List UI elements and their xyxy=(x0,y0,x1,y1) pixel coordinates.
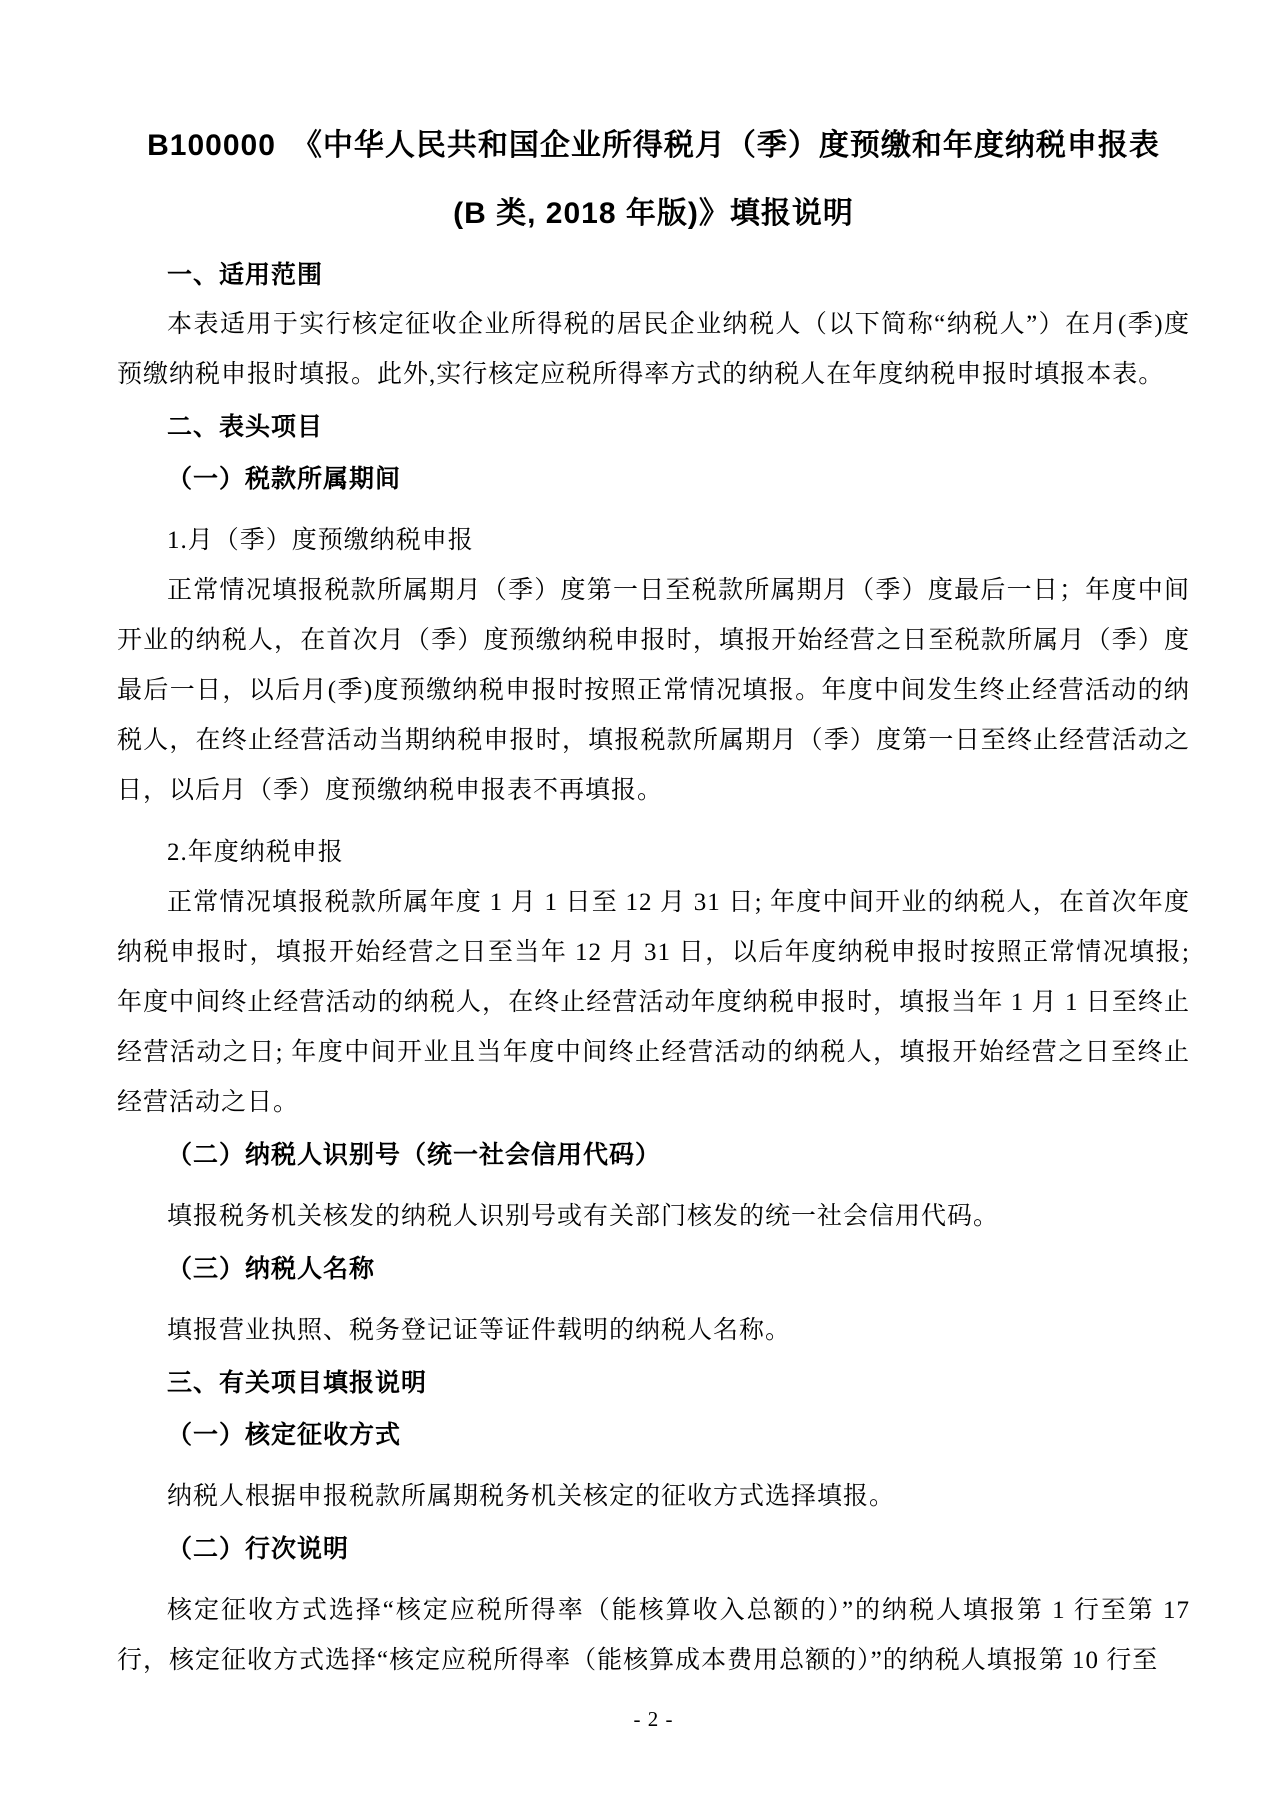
page-number: - 2 - xyxy=(117,1694,1190,1744)
document-title-line-1: B100000 《中华人民共和国企业所得税月（季）度预缴和年度纳税申报表 xyxy=(117,112,1190,180)
section-heading-scope: 一、适用范围 xyxy=(117,250,1190,300)
document-page: B100000 《中华人民共和国企业所得税月（季）度预缴和年度纳税申报表 (B … xyxy=(0,0,1280,1810)
subheading-row-explanation: （二）行次说明 xyxy=(117,1524,1190,1574)
paragraph-row-explanation: 核定征收方式选择“核定应税所得率（能核算收入总额的）”的纳税人填报第 1 行至第… xyxy=(117,1586,1190,1686)
subheading-assessment-method: （一）核定征收方式 xyxy=(117,1410,1190,1460)
document-title-line-2: (B 类, 2018 年版)》填报说明 xyxy=(117,180,1190,248)
subheading-taxpayer-id: （二）纳税人识别号（统一社会信用代码） xyxy=(117,1130,1190,1180)
paragraph-taxpayer-id: 填报税务机关核发的纳税人识别号或有关部门核发的统一社会信用代码。 xyxy=(117,1192,1190,1242)
subheading-taxpayer-name: （三）纳税人名称 xyxy=(117,1244,1190,1294)
numbered-heading-monthly-prepay: 1.月（季）度预缴纳税申报 xyxy=(117,516,1190,566)
paragraph-annual-filing: 正常情况填报税款所属年度 1 月 1 日至 12 月 31 日; 年度中间开业的… xyxy=(117,878,1190,1128)
numbered-heading-annual-filing: 2.年度纳税申报 xyxy=(117,828,1190,878)
paragraph-taxpayer-name: 填报营业执照、税务登记证等证件载明的纳税人名称。 xyxy=(117,1306,1190,1356)
subheading-tax-period: （一）税款所属期间 xyxy=(117,454,1190,504)
paragraph-assessment-method: 纳税人根据申报税款所属期税务机关核定的征收方式选择填报。 xyxy=(117,1472,1190,1522)
section-heading-header-items: 二、表头项目 xyxy=(117,402,1190,452)
paragraph-monthly-prepay: 正常情况填报税款所属期月（季）度第一日至税款所属期月（季）度最后一日；年度中间开… xyxy=(117,566,1190,816)
paragraph-scope: 本表适用于实行核定征收企业所得税的居民企业纳税人（以下简称“纳税人”）在月(季)… xyxy=(117,300,1190,400)
section-heading-item-instructions: 三、有关项目填报说明 xyxy=(117,1358,1190,1408)
